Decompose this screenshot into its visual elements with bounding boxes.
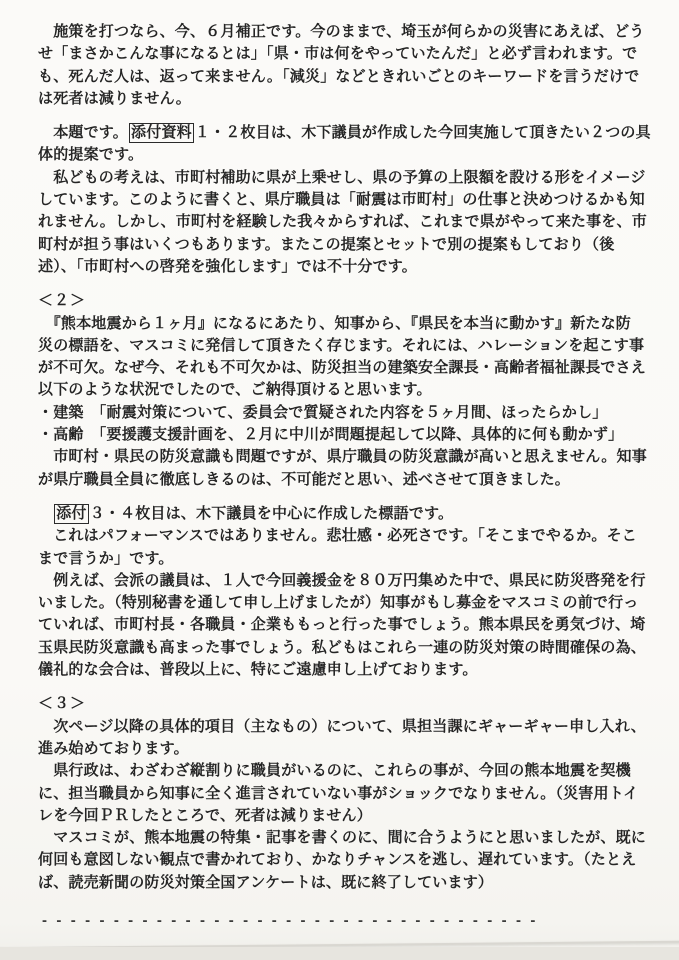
text-line: が県庁職員全員に徹底しきるのは、不可能だと思い、述べさせて頂きました。: [38, 469, 650, 491]
text-line: 『熊本地震から１ヶ月』になるにあたり、知事から、『県民を本当に動かす』新たな防: [38, 313, 650, 335]
boxed-label: 添付資料: [129, 123, 194, 143]
dashed-separator: - - - - - - - - - - - - - - - - - - - - …: [42, 910, 650, 932]
text-segment: [38, 505, 53, 522]
paragraph-section-2: 『熊本地震から１ヶ月』になるにあたり、知事から、『県民を本当に動かす』新たな防災…: [38, 313, 650, 491]
text-line: 述）、「市町村への啓発を強化します」では不十分です。: [38, 256, 650, 278]
text-line: 体的提案です。: [38, 144, 650, 166]
text-line: ていれば、市町村長・各職員・企業ももっと行った事でしょう。熊本県民を勇気づけ、埼: [38, 614, 650, 636]
text-line: 施策を打つなら、今、６月補正です。今のままで、埼玉が何らかの災害にあえば、どう: [38, 21, 650, 43]
text-line: 玉県民防災意識も高まった事でしょう。私どもはこれら一連の防災対策の時間確保の為、: [38, 637, 650, 659]
text-line: 本題です。添付資料１・２枚目は、木下議員が作成した今回実施して頂きたい２つの具: [38, 122, 650, 144]
text-line: れません。しかし、市町村を経験した我々からすれば、これまで県がやって来た事を、市: [38, 211, 650, 233]
paragraph-intro: 施策を打つなら、今、６月補正です。今のままで、埼玉が何らかの災害にあえば、どうせ…: [38, 21, 650, 110]
text-line: 町村が担う事はいくつもあります。またこの提案とセットで別の提案もしており（後: [38, 234, 650, 256]
text-line: は死者は減りません。: [38, 88, 650, 110]
document-body: 施策を打つなら、今、６月補正です。今のままで、埼玉が何らかの災害にあえば、どうせ…: [38, 21, 650, 932]
text-line: 添付３・４枚目は、木下議員を中心に作成した標語です。: [38, 503, 650, 525]
text-line: レを今回ＰＲしたところで、死者は減りません）: [38, 805, 650, 827]
section-heading-2: ＜２＞: [38, 290, 650, 312]
text-line: 次ページ以降の具体的項目（主なもの）について、県担当課にギャーギャー申し入れ、: [38, 716, 650, 738]
text-segment: 本題です。: [38, 124, 128, 141]
text-segment: １・２枚目は、木下議員が作成した今回実施して頂きたい２つの具: [195, 124, 651, 141]
text-line: 私どもの考えは、市町村補助に県が上乗せし、県の予算の上限額を設ける形をイメージ: [38, 167, 650, 189]
text-line: 市町村・県民の防災意識も問題ですが、県庁職員の防災意識が高いと思えません。知事: [38, 446, 650, 468]
text-line: ・建築 「耐震対策について、委員会で質疑された内容を５ヶ月間、ほったらかし」: [38, 402, 650, 424]
section-heading-3: ＜３＞: [38, 693, 650, 715]
paragraph-section-3: 次ページ以降の具体的項目（主なもの）について、県担当課にギャーギャー申し入れ、進…: [38, 716, 650, 894]
text-line: 以下のような状況でしたので、ご納得頂けると思います。: [38, 379, 650, 401]
text-line: これはパフォーマンスではありません。悲壮感・必死さです。「そこまでやるか。そこ: [38, 525, 650, 547]
text-line: 例えば、会派の議員は、１人で今回義援金を８０万円集めた中で、県民に防災啓発を行: [38, 570, 650, 592]
text-line: しています。このように書くと、県庁職員は「耐震は市町村」の仕事と決めつけるかも知: [38, 189, 650, 211]
boxed-label: 添付: [54, 504, 88, 524]
text-line: 何回も意図しない観点で書かれており、かなりチャンスを逃し、遅れています。（たとえ: [38, 849, 650, 871]
text-line: まで言うか」です。: [38, 548, 650, 570]
text-line: ば、読売新聞の防災対策全国アンケートは、既に終了しています）: [38, 872, 650, 894]
text-segment: ３・４枚目は、木下議員を中心に作成した標語です。: [90, 505, 454, 522]
text-line: が不可欠。なぜ今、それも不可欠かは、防災担当の建築安全課長・高齢者福祉課長でさえ: [38, 357, 650, 379]
text-line: 県行政は、わざわざ縦割りに職員がいるのに、これらの事が、今回の熊本地震を契機: [38, 760, 650, 782]
text-line: ・高齢 「要援護支援計画を、２月に中川が問題提起して以降、具体的に何も動かず」: [38, 424, 650, 446]
text-line: に、担当職員から知事に全く進言されていない事がショックでなりません。（災害用トイ: [38, 783, 650, 805]
paragraph-slogan: 添付３・４枚目は、木下議員を中心に作成した標語です。 これはパフォーマンスではあ…: [38, 503, 650, 681]
text-line: せ「まさかこんな事になるとは」「県・市は何をやっていたんだ」と必ず言われます。で: [38, 43, 650, 65]
text-line: も、死んだ人は、返って来ません。「減災」などときれいごとのキーワードを言うだけで: [38, 66, 650, 88]
paragraph-main-topic: 本題です。添付資料１・２枚目は、木下議員が作成した今回実施して頂きたい２つの具体…: [38, 122, 650, 278]
text-line: 災の標語を、マスコミに発信して頂きたく存じます。それには、ハレーションを起こす事: [38, 335, 650, 357]
text-line: マスコミが、熊本地震の特集・記事を書くのに、間に合うようにと思いましたが、既に: [38, 827, 650, 849]
text-line: 儀礼的な会合は、普段以上に、特にご遠慮申し上げております。: [38, 659, 650, 681]
text-line: いました。（特別秘書を通して申し上げましたが）知事がもし募金をマスコミの前で行っ: [38, 592, 650, 614]
document-page: 施策を打つなら、今、６月補正です。今のままで、埼玉が何らかの災害にあえば、どうせ…: [0, 0, 679, 960]
text-line: 進み始めております。: [38, 738, 650, 760]
scan-background-strip: [0, 947, 679, 960]
